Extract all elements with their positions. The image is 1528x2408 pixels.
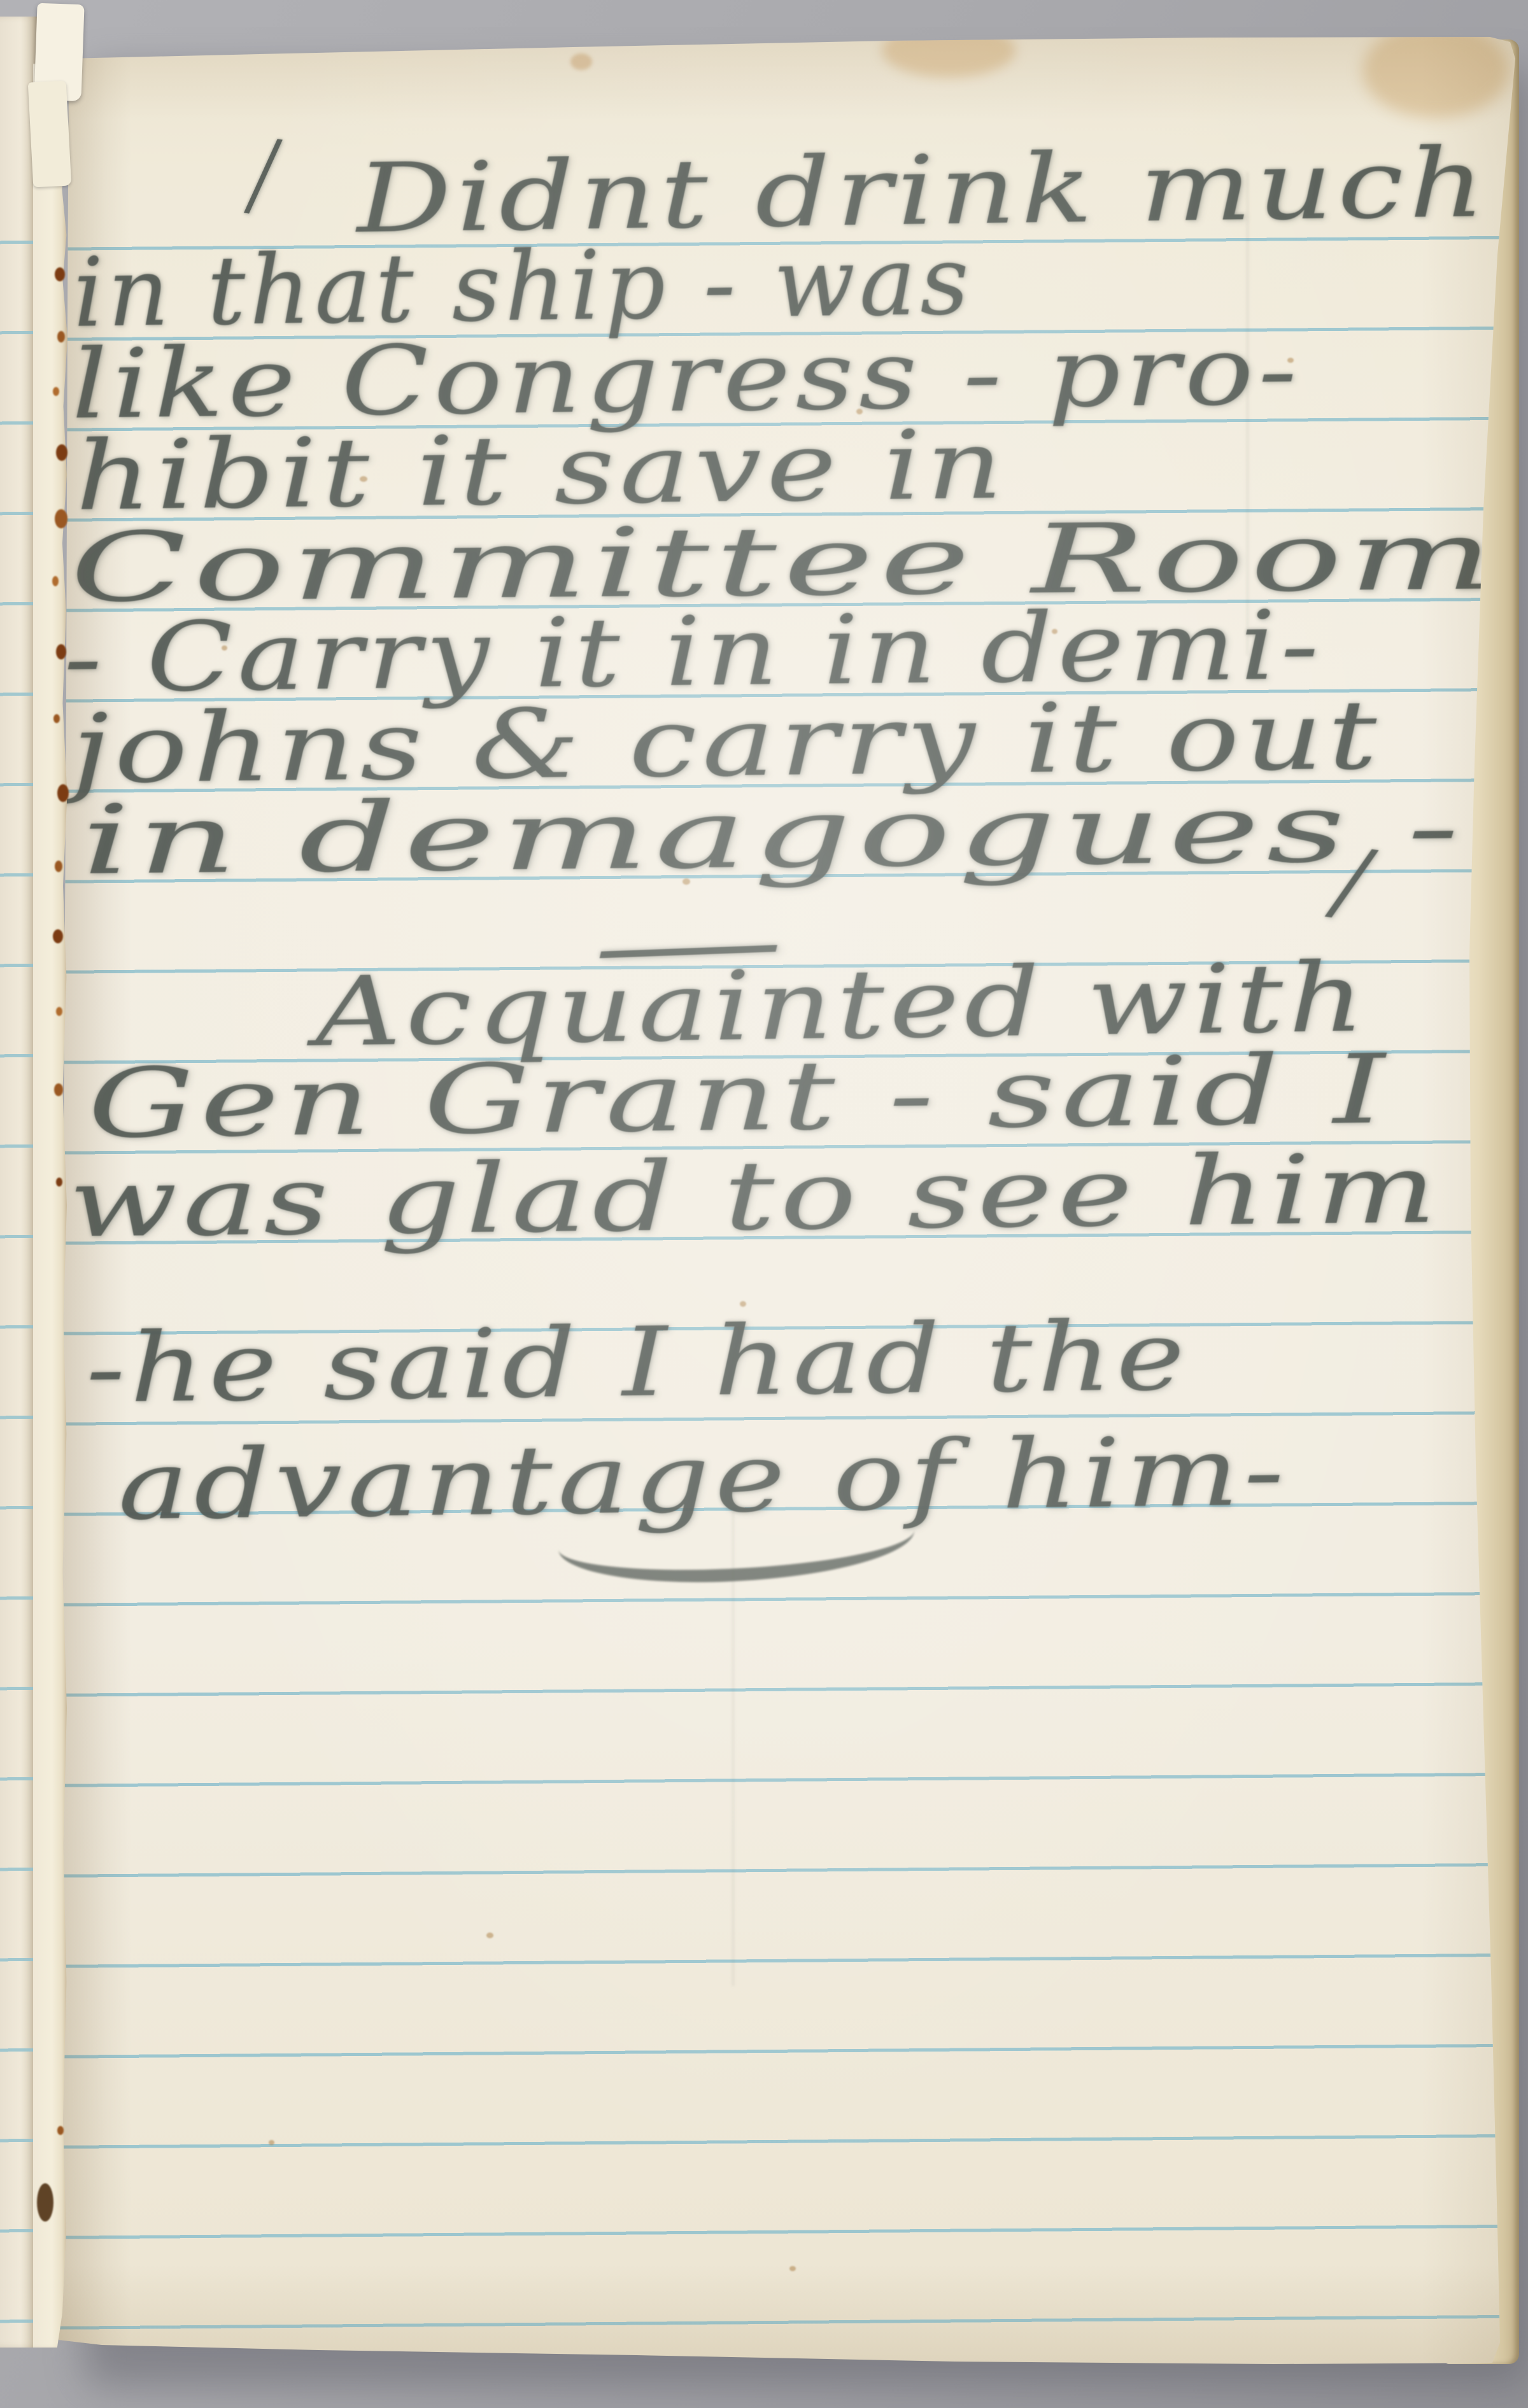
- rust-spot: [55, 509, 67, 528]
- rust-spot: [57, 784, 69, 802]
- rust-spot: [55, 267, 65, 281]
- rust-spot: [55, 861, 62, 872]
- rust-spot: [56, 1007, 62, 1016]
- torn-page-stub: [33, 64, 67, 2348]
- rust-spot: [53, 714, 60, 723]
- stub-top-tab-2: [28, 81, 72, 188]
- rust-spot: [54, 1083, 63, 1096]
- rust-spot: [52, 576, 59, 586]
- notebook-page: / Didnt drink much in that ship - was li…: [0, 0, 1528, 2408]
- rust-spot: [56, 1178, 62, 1186]
- rust-spot: [53, 387, 59, 396]
- photo-of-notebook-page: / Didnt drink much in that ship - was li…: [0, 0, 1528, 2408]
- facing-page-sliver: [0, 17, 37, 2348]
- rust-spot: [56, 444, 67, 461]
- rust-spot: [53, 929, 63, 943]
- rust-spot: [37, 2183, 53, 2221]
- page-vignette: [0, 0, 1528, 2408]
- rust-spot: [57, 2126, 64, 2135]
- rust-spot: [57, 331, 65, 342]
- rust-spot: [56, 644, 66, 659]
- facing-page-ruled-lines: [0, 154, 37, 2332]
